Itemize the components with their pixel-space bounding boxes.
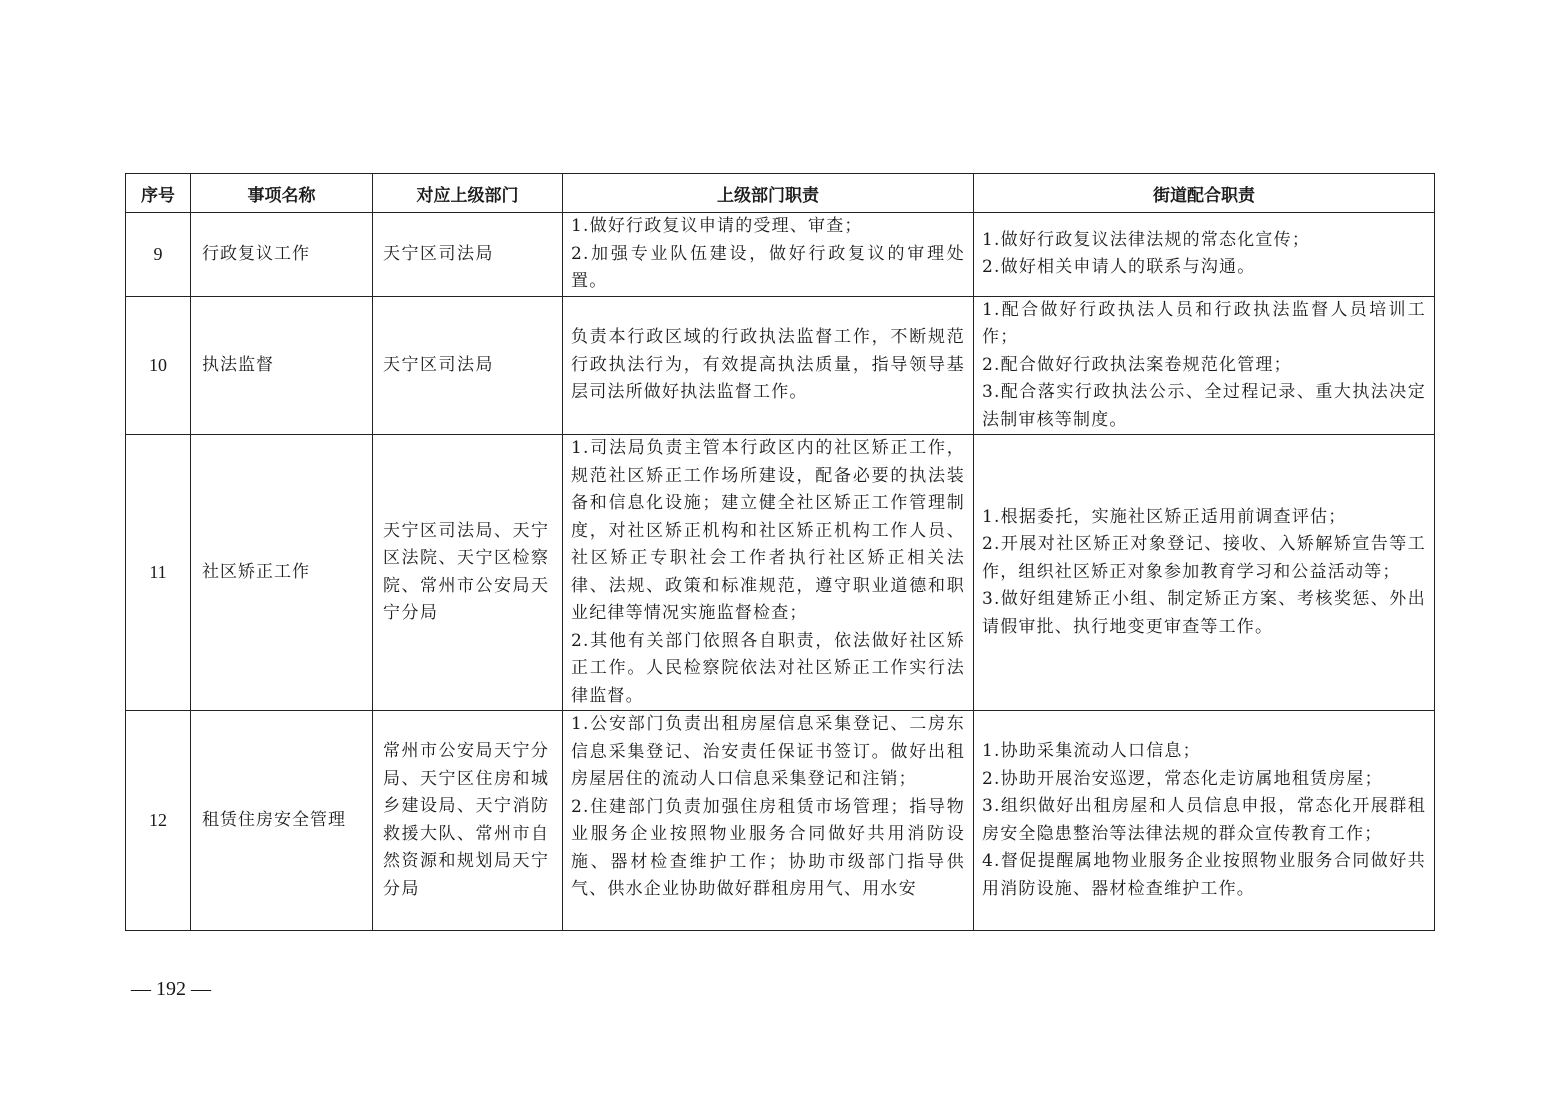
row-item-name: 租赁住房安全管理	[191, 711, 373, 931]
header-index: 序号	[126, 174, 191, 213]
street-duty-line: 3.配合落实行政执法公示、全过程记录、重大执法决定法制审核等制度。	[982, 379, 1426, 434]
row-upper-duty: 1.做好行政复议申请的受理、审查； 2.加强专业队伍建设，做好行政复议的审理处置…	[563, 213, 974, 297]
upper-duty-line: 1.做好行政复议申请的受理、审查；	[571, 213, 965, 241]
row-index: 11	[126, 435, 191, 711]
table-row: 11 社区矫正工作 天宁区司法局、天宁区法院、天宁区检察院、常州市公安局天宁分局…	[126, 435, 1435, 711]
header-item-name: 事项名称	[191, 174, 373, 213]
upper-duty-line: 1.公安部门负责出租房屋信息采集登记、二房东信息采集登记、治安责任保证书签订。做…	[571, 711, 965, 794]
row-item-name: 行政复议工作	[191, 213, 373, 297]
street-duty-line: 1.配合做好行政执法人员和行政执法监督人员培训工作；	[982, 297, 1426, 352]
header-upper-department: 对应上级部门	[373, 174, 563, 213]
street-duty-line: 2.开展对社区矫正对象登记、接收、入矫解矫宣告等工作，组织社区矫正对象参加教育学…	[982, 531, 1426, 586]
row-upper-duty: 1.公安部门负责出租房屋信息采集登记、二房东信息采集登记、治安责任保证书签订。做…	[563, 711, 974, 931]
table-row: 12 租赁住房安全管理 常州市公安局天宁分局、天宁区住房和城乡建设局、天宁消防救…	[126, 711, 1435, 931]
duty-table: 序号 事项名称 对应上级部门 上级部门职责 街道配合职责 9 行政复议工作 天宁…	[125, 173, 1435, 931]
header-upper-duty: 上级部门职责	[563, 174, 974, 213]
row-upper-duty: 负责本行政区域的行政执法监督工作，不断规范行政执法行为，有效提高执法质量，指导领…	[563, 296, 974, 435]
table-row: 10 执法监督 天宁区司法局 负责本行政区域的行政执法监督工作，不断规范行政执法…	[126, 296, 1435, 435]
upper-duty-line: 2.住建部门负责加强住房租赁市场管理；指导物业服务企业按照物业服务合同做好共用消…	[571, 794, 965, 904]
row-index: 9	[126, 213, 191, 297]
row-department: 天宁区司法局、天宁区法院、天宁区检察院、常州市公安局天宁分局	[373, 435, 563, 711]
table-row: 9 行政复议工作 天宁区司法局 1.做好行政复议申请的受理、审查； 2.加强专业…	[126, 213, 1435, 297]
table-header-row: 序号 事项名称 对应上级部门 上级部门职责 街道配合职责	[126, 174, 1435, 213]
row-index: 10	[126, 296, 191, 435]
row-upper-duty: 1.司法局负责主管本行政区内的社区矫正工作，规范社区矫正工作场所建设，配备必要的…	[563, 435, 974, 711]
street-duty-line: 2.协助开展治安巡逻，常态化走访属地租赁房屋；	[982, 766, 1426, 794]
row-index: 12	[126, 711, 191, 931]
street-duty-line: 3.做好组建矫正小组、制定矫正方案、考核奖惩、外出请假审批、执行地变更审查等工作…	[982, 586, 1426, 641]
upper-duty-line: 负责本行政区域的行政执法监督工作，不断规范行政执法行为，有效提高执法质量，指导领…	[571, 324, 965, 407]
department-text: 常州市公安局天宁分局、天宁区住房和城乡建设局、天宁消防救援大队、常州市自然资源和…	[383, 738, 552, 903]
department-text: 天宁区司法局	[383, 241, 552, 269]
row-street-duty: 1.根据委托，实施社区矫正适用前调查评估； 2.开展对社区矫正对象登记、接收、入…	[974, 435, 1435, 711]
street-duty-line: 1.做好行政复议法律法规的常态化宣传；	[982, 227, 1426, 255]
street-duty-line: 1.根据委托，实施社区矫正适用前调查评估；	[982, 504, 1426, 532]
row-item-name: 社区矫正工作	[191, 435, 373, 711]
row-street-duty: 1.配合做好行政执法人员和行政执法监督人员培训工作； 2.配合做好行政执法案卷规…	[974, 296, 1435, 435]
row-item-name: 执法监督	[191, 296, 373, 435]
street-duty-line: 2.做好相关申请人的联系与沟通。	[982, 254, 1426, 282]
row-street-duty: 1.协助采集流动人口信息； 2.协助开展治安巡逻，常态化走访属地租赁房屋； 3.…	[974, 711, 1435, 931]
row-street-duty: 1.做好行政复议法律法规的常态化宣传； 2.做好相关申请人的联系与沟通。	[974, 213, 1435, 297]
department-text: 天宁区司法局	[383, 352, 552, 380]
street-duty-line: 4.督促提醒属地物业服务企业按照物业服务合同做好共用消防设施、器材检查维护工作。	[982, 848, 1426, 903]
department-text: 天宁区司法局、天宁区法院、天宁区检察院、常州市公安局天宁分局	[383, 518, 552, 628]
header-street-duty: 街道配合职责	[974, 174, 1435, 213]
row-department: 常州市公安局天宁分局、天宁区住房和城乡建设局、天宁消防救援大队、常州市自然资源和…	[373, 711, 563, 931]
duty-table-container: 序号 事项名称 对应上级部门 上级部门职责 街道配合职责 9 行政复议工作 天宁…	[125, 173, 1434, 931]
upper-duty-line: 2.其他有关部门依照各自职责，依法做好社区矫正工作。人民检察院依法对社区矫正工作…	[571, 628, 965, 711]
upper-duty-line: 2.加强专业队伍建设，做好行政复议的审理处置。	[571, 241, 965, 296]
street-duty-line: 3.组织做好出租房屋和人员信息申报，常态化开展群租房安全隐患整治等法律法规的群众…	[982, 793, 1426, 848]
page-number: — 192 —	[131, 978, 211, 1001]
upper-duty-line: 1.司法局负责主管本行政区内的社区矫正工作，规范社区矫正工作场所建设，配备必要的…	[571, 435, 965, 628]
row-department: 天宁区司法局	[373, 213, 563, 297]
row-department: 天宁区司法局	[373, 296, 563, 435]
street-duty-line: 1.协助采集流动人口信息；	[982, 738, 1426, 766]
street-duty-line: 2.配合做好行政执法案卷规范化管理；	[982, 352, 1426, 380]
